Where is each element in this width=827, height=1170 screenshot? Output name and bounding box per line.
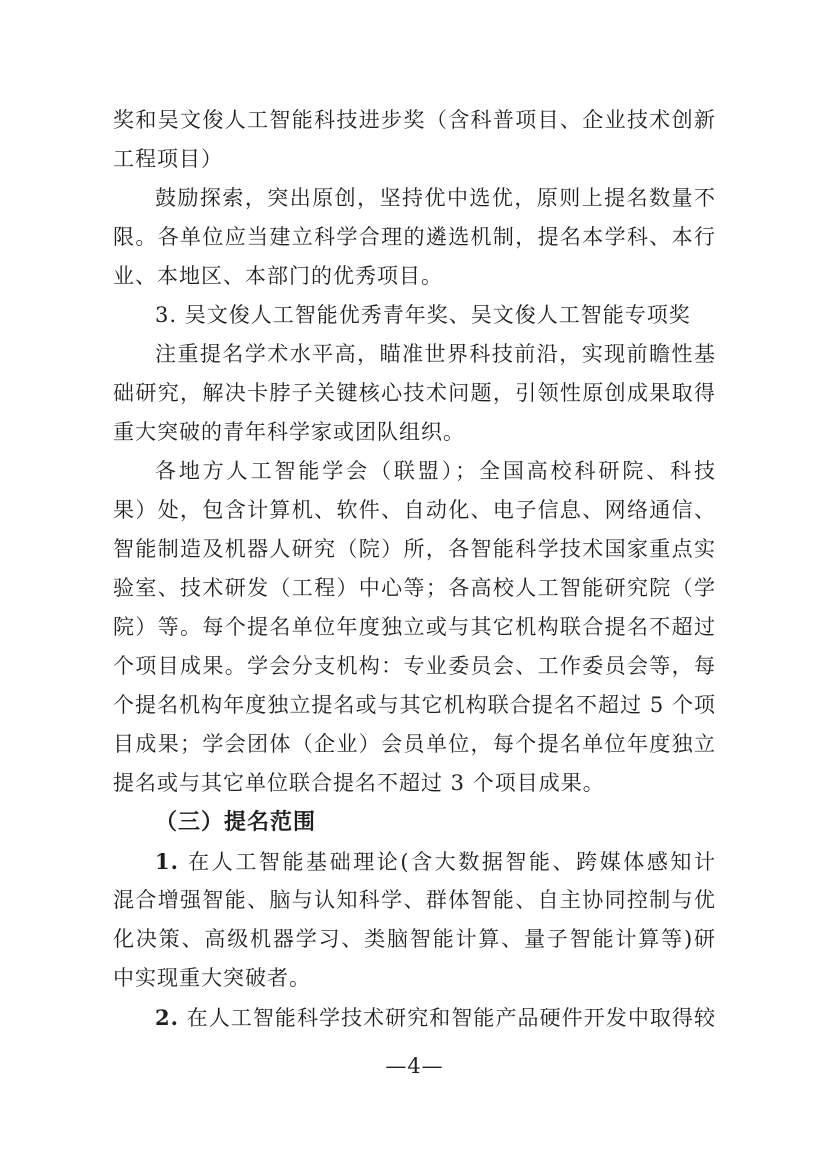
document-body: 奖和吴文俊人工智能科技进步奖（含科普项目、企业技术创新工程项目）鼓励探索，突出原… bbox=[113, 101, 716, 1037]
text-line: 个项目成果。学会分支机构：专业委员会、工作委员会等，每 bbox=[113, 647, 716, 686]
document-page: 奖和吴文俊人工智能科技进步奖（含科普项目、企业技术创新工程项目）鼓励探索，突出原… bbox=[0, 0, 827, 1170]
text-line: 工程项目） bbox=[113, 140, 716, 179]
text-line: （三）提名范围 bbox=[113, 803, 716, 842]
page-number: —4— bbox=[113, 1047, 716, 1086]
item-number: 2. bbox=[155, 1005, 179, 1030]
text-line: 智能制造及机器人研究（院）所，各智能科学技术国家重点实 bbox=[113, 530, 716, 569]
text-line: 鼓励探索，突出原创，坚持优中选优，原则上提名数量不 bbox=[113, 179, 716, 218]
text-line: 果）处，包含计算机、软件、自动化、电子信息、网络通信、 bbox=[113, 491, 716, 530]
text-line: 提名或与其它单位联合提名不超过 3 个项目成果。 bbox=[113, 764, 716, 803]
text-line: 验室、技术研发（工程）中心等；各高校人工智能研究院（学 bbox=[113, 569, 716, 608]
text-line: 2. 在人工智能科学技术研究和智能产品硬件开发中取得较 bbox=[113, 998, 716, 1037]
text-line: 3. 吴文俊人工智能优秀青年奖、吴文俊人工智能专项奖 bbox=[113, 296, 716, 335]
text-line: 中实现重大突破者。 bbox=[113, 959, 716, 998]
text-line: 院）等。每个提名单位年度独立或与其它机构联合提名不超过 7 bbox=[113, 608, 716, 647]
text-line: 业、本地区、本部门的优秀项目。 bbox=[113, 257, 716, 296]
text-line: 各地方人工智能学会（联盟）；全国高校科研院、科技（成 bbox=[113, 452, 716, 491]
text-line: 奖和吴文俊人工智能科技进步奖（含科普项目、企业技术创新 bbox=[113, 101, 716, 140]
text-line: 注重提名学术水平高，瞄准世界科技前沿，实现前瞻性基 bbox=[113, 335, 716, 374]
text-line: 础研究，解决卡脖子关键核心技术问题，引领性原创成果取得 bbox=[113, 374, 716, 413]
text-line: 限。各单位应当建立科学合理的遴选机制，提名本学科、本行 bbox=[113, 218, 716, 257]
text-line: 个提名机构年度独立提名或与其它机构联合提名不超过 5 个项 bbox=[113, 686, 716, 725]
text-line: 化决策、高级机器学习、类脑智能计算、量子智能计算等)研究 bbox=[113, 920, 716, 959]
text-line: 目成果；学会团体（企业）会员单位，每个提名单位年度独立 bbox=[113, 725, 716, 764]
text-line: 混合增强智能、脑与认知科学、群体智能、自主协同控制与优 bbox=[113, 881, 716, 920]
text-line: 1. 在人工智能基础理论(含大数据智能、跨媒体感知计算、 bbox=[113, 842, 716, 881]
item-number: 1. bbox=[155, 849, 179, 874]
text-line: 重大突破的青年科学家或团队组织。 bbox=[113, 413, 716, 452]
